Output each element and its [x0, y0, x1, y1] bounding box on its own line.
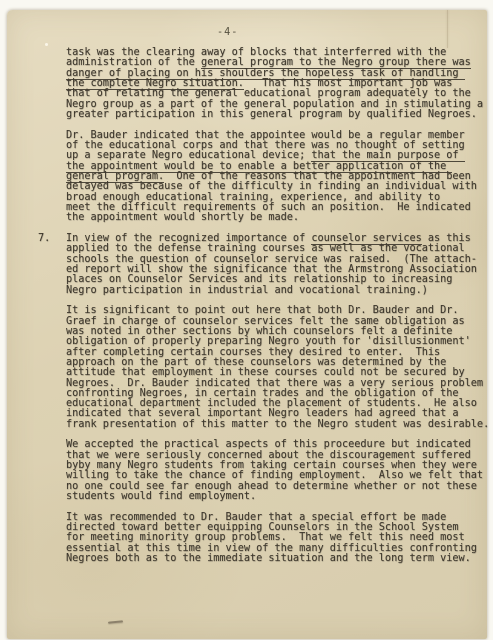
paper-crease — [447, 10, 448, 48]
text-line: the appointment would shortly be made. — [66, 213, 489, 223]
scan-frame: -4- task was the clearing away of blocks… — [0, 0, 493, 640]
text-line: Negroes both as to the immediate situati… — [66, 554, 489, 564]
text-segment: frank presentation of this matter to the… — [66, 419, 489, 430]
text-line: Negro participation in industrial and vo… — [66, 286, 489, 296]
item-number: 7. — [38, 234, 50, 244]
document-body: task was the clearing away of blocks tha… — [66, 48, 489, 564]
text-segment: the appointment would shortly be made. — [66, 212, 299, 223]
text-segment: Negro participation in industrial and vo… — [66, 285, 428, 296]
paragraph: It is significant to point out here that… — [66, 306, 489, 430]
text-line: greater participation in this general pr… — [66, 110, 489, 120]
document-page: -4- task was the clearing away of blocks… — [7, 10, 487, 639]
paragraph: It was recommended to Dr. Bauder that a … — [66, 513, 489, 565]
paragraph: We accepted the practical aspects of thi… — [66, 440, 489, 502]
paragraph: 7.In view of the recognized importance o… — [66, 234, 489, 296]
paragraph: task was the clearing away of blocks tha… — [66, 48, 489, 120]
text-segment: administration of the — [66, 57, 201, 68]
text-segment: greater participation in this general pr… — [66, 109, 477, 120]
paper-speck — [45, 43, 48, 46]
text-line: frank presentation of this matter to the… — [66, 420, 489, 430]
page-number: -4- — [217, 27, 238, 38]
smudge-mark — [108, 620, 123, 623]
text-segment: students would find employment. — [66, 491, 256, 502]
text-segment: Negroes both as to the immediate situati… — [66, 553, 471, 564]
text-line: students would find employment. — [66, 492, 489, 502]
text-segment: up a separate Negro educational device; — [66, 150, 311, 161]
paragraph: Dr. Bauder indicated that the appointee … — [66, 131, 489, 224]
